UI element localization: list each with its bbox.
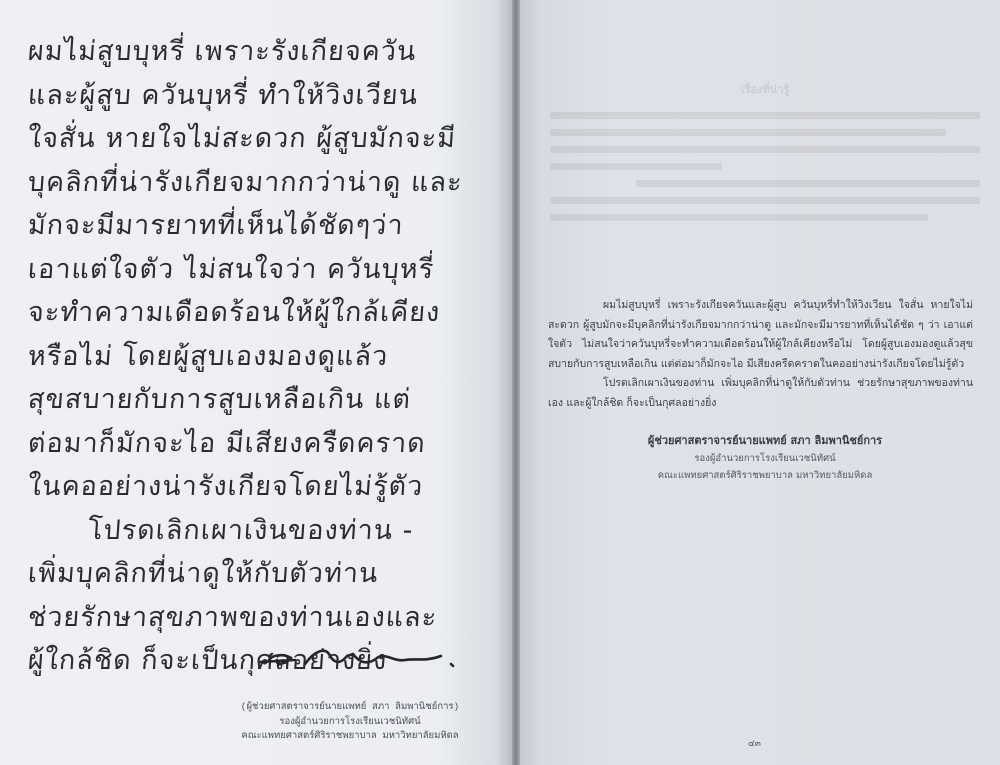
- printed-body: ผมไม่สูบบุหรี่ เพราะรังเกียจควันและผู้สู…: [548, 296, 973, 413]
- page-number: ๔๓: [748, 736, 761, 750]
- author-block: ผู้ช่วยศาสตราจารย์นายแพทย์ สภา ลิมพานิชย…: [610, 432, 920, 484]
- handwritten-line: เพิ่มบุคลิกที่น่าดูให้กับตัวท่าน: [26, 552, 499, 596]
- handwritten-line: ช่วยรักษาสุขภาพของท่านเองและ: [26, 596, 499, 640]
- handwritten-line: ใจสั่น หายใจไม่สะดวก ผู้สูบมักจะมี: [26, 117, 499, 161]
- handwritten-line: บุคลิกที่น่ารังเกียจมากกว่าน่าดู และ: [26, 161, 499, 205]
- handwritten-line: จะทำความเดือดร้อนให้ผู้ใกล้เคียง: [26, 291, 499, 335]
- author-name: ผู้ช่วยศาสตราจารย์นายแพทย์ สภา ลิมพานิชย…: [610, 432, 920, 450]
- book-spread: ผมไม่สูบบุหรี่ เพราะรังเกียจควัน และผู้ส…: [0, 0, 1000, 765]
- printed-paragraph: โปรดเลิกเผาเงินของท่าน เพิ่มบุคลิกที่น่า…: [548, 374, 973, 413]
- book-gutter: [512, 0, 520, 765]
- typed-credit: (ผู้ช่วยศาสตราจารย์นายแพทย์ สภา ลิมพานิช…: [200, 700, 500, 744]
- author-position: รองผู้อำนวยการโรงเรียนเวชนิทัศน์: [610, 450, 920, 467]
- handwritten-line: ต่อมาก็มักจะไอ มีเสียงครืดคราด: [26, 422, 499, 466]
- handwritten-line: โปรดเลิกเผาเงินของท่าน -: [26, 509, 499, 553]
- signature-scribble: [255, 640, 455, 680]
- handwritten-line: เอาแต่ใจตัว ไม่สนใจว่า ควันบุหรี่: [26, 248, 499, 292]
- handwritten-line: ในคออย่างน่ารังเกียจโดยไม่รู้ตัว: [26, 465, 499, 509]
- typed-credit-name: (ผู้ช่วยศาสตราจารย์นายแพทย์ สภา ลิมพานิช…: [200, 700, 500, 715]
- handwritten-line: ผมไม่สูบบุหรี่ เพราะรังเกียจควัน: [26, 30, 499, 74]
- bleed-through-text: เรื่องที่น่ารู้: [550, 80, 980, 231]
- printed-paragraph: ผมไม่สูบบุหรี่ เพราะรังเกียจควันและผู้สู…: [548, 296, 973, 374]
- handwritten-line: และผู้สูบ ควันบุหรี่ ทำให้วิงเวียน: [26, 74, 499, 118]
- typed-credit-affiliation: คณะแพทยศาสตร์ศิริราชพยาบาล มหาวิทยาลัยมห…: [200, 729, 500, 744]
- typed-credit-position: รองผู้อำนวยการโรงเรียนเวชนิทัศน์: [200, 715, 500, 730]
- handwritten-line: สุขสบายกับการสูบเหลือเกิน แต่: [26, 378, 499, 422]
- bleed-through-title: เรื่องที่น่ารู้: [550, 80, 980, 98]
- handwritten-line: หรือไม่ โดยผู้สูบเองมองดูแล้ว: [26, 335, 499, 379]
- right-page-printed-text: เรื่องที่น่ารู้ ผมไม่สูบบุหรี่ เพราะรังเ…: [520, 0, 1000, 765]
- handwritten-line: มักจะมีมารยาทที่เห็นได้ชัดๆว่า: [26, 204, 499, 248]
- left-page-handwritten-letter: ผมไม่สูบบุหรี่ เพราะรังเกียจควัน และผู้ส…: [0, 0, 512, 765]
- handwritten-text: ผมไม่สูบบุหรี่ เพราะรังเกียจควัน และผู้ส…: [28, 30, 498, 683]
- author-affiliation: คณะแพทยศาสตร์ศิริราชพยาบาล มหาวิทยาลัยมห…: [610, 467, 920, 484]
